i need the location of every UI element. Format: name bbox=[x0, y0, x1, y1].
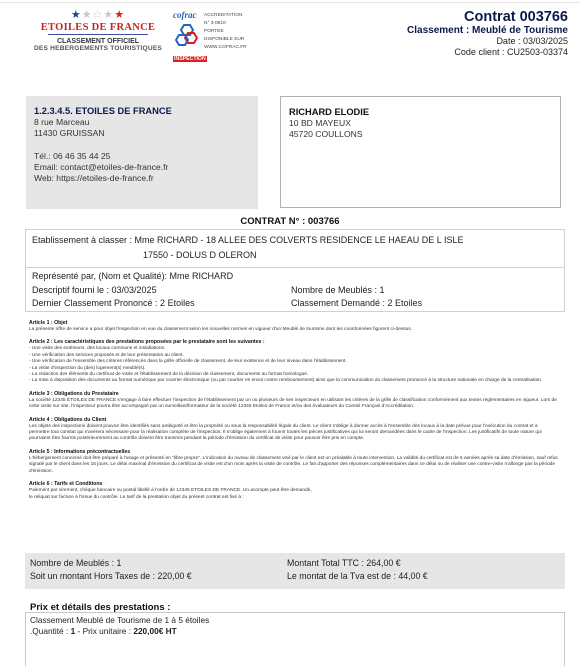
sender-address-block: 1.2.3.4.5. ETOILES DE FRANCE 8 rue Marce… bbox=[26, 96, 258, 209]
article-text: La société 12345 ÉTOILES DE FRANCE s'eng… bbox=[29, 398, 559, 411]
cofrac-line: ACCREDITATION bbox=[204, 12, 247, 20]
tarif-montant-ht: Soit un montant Hors Taxes de : 220,00 € bbox=[30, 570, 287, 583]
prix-unitaire-label: - Prix unitaire : bbox=[75, 626, 133, 636]
etablissement-line-1: Etablissement à classer : Mme RICHARD - … bbox=[32, 233, 558, 248]
sender-city: 11430 GRUISSAN bbox=[34, 128, 250, 139]
dernier-classement: Dernier Classement Prononcé : 2 Etoiles bbox=[32, 297, 291, 311]
sender-website: Web: https://etoiles-de-france.fr bbox=[34, 173, 250, 184]
article-4: Article 4 : Obligations du ClientLes obj… bbox=[29, 417, 559, 443]
descriptif-date: Descriptif fourni le : 03/03/2025 bbox=[32, 284, 291, 298]
prix-details-box: Classement Meublé de Tourisme de 1 à 5 é… bbox=[25, 612, 565, 666]
tarif-montant-ttc: Montant Total TTC : 264,00 € bbox=[287, 557, 401, 570]
client-address-block: RICHARD ELODIE 10 BD MAYEUX 45720 COULLO… bbox=[280, 96, 561, 208]
prix-line-1: Classement Meublé de Tourisme de 1 à 5 é… bbox=[30, 615, 560, 626]
logo-subtitle-1: CLASSEMENT OFFICIEL bbox=[27, 38, 169, 45]
contract-articles: Article 1 : ObjetLa présente offre de se… bbox=[29, 320, 559, 507]
contract-date: Date : 03/03/2025 bbox=[407, 36, 568, 47]
stars-icon: ★★☆★★ bbox=[27, 10, 169, 21]
logo-title: ETOILES DE FRANCE bbox=[27, 22, 169, 33]
tarif-montant-tva: Le montat de la Tva est de : 44,00 € bbox=[287, 570, 428, 583]
article-title: Article 3 : Obligations du Prestataire bbox=[29, 391, 559, 398]
cofrac-line: N° 3-0810 bbox=[204, 20, 247, 28]
article-text: Les objets des inspections doivent pouvo… bbox=[29, 424, 559, 443]
article-6: Article 6 : Tarifs et ConditionsPaiement… bbox=[29, 481, 559, 501]
article-5: Article 5 : Informations précontractuell… bbox=[29, 449, 559, 475]
contract-header: Contrat 003766 Classement : Meublé de To… bbox=[407, 9, 568, 58]
etablissement-block: Etablissement à classer : Mme RICHARD - … bbox=[25, 229, 565, 268]
sender-name: 1.2.3.4.5. ETOILES DE FRANCE bbox=[34, 106, 250, 117]
sender-street: 8 rue Marceau bbox=[34, 117, 250, 128]
article-title: Article 4 : Obligations du Client bbox=[29, 417, 559, 424]
article-1: Article 1 : ObjetLa présente offre de se… bbox=[29, 320, 559, 333]
quantite-label: .Quantité : bbox=[30, 626, 71, 636]
article-text: La présente offre de service a pour obje… bbox=[29, 327, 559, 333]
client-city: 45720 COULLONS bbox=[289, 129, 552, 140]
contract-number-heading: CONTRAT N° : 003766 bbox=[0, 216, 580, 227]
client-code: Code client : CU2503-03374 bbox=[407, 47, 568, 58]
cofrac-hexagon-icon bbox=[175, 22, 201, 48]
cofrac-line: WWW.COFRAC.FR bbox=[204, 44, 247, 52]
client-street: 10 BD MAYEUX bbox=[289, 118, 552, 129]
prix-line-2: .Quantité : 1 - Prix unitaire : 220,00€ … bbox=[30, 626, 560, 637]
cofrac-line: DISPONIBLE SUR bbox=[204, 36, 247, 44]
contract-title: Contrat 003766 bbox=[407, 9, 568, 25]
contract-classement: Classement : Meublé de Tourisme bbox=[407, 25, 568, 36]
article-text: le reliquat sur facture à l'issue du con… bbox=[29, 495, 559, 501]
client-name: RICHARD ELODIE bbox=[289, 107, 552, 118]
prix-unitaire-value: 220,00€ HT bbox=[133, 626, 176, 636]
etoiles-de-france-logo: ★★☆★★ ETOILES DE FRANCE CLASSEMENT OFFIC… bbox=[27, 10, 169, 60]
tarif-summary: Nombre de Meublés : 1 Montant Total TTC … bbox=[25, 553, 565, 589]
nombre-meubles: Nombre de Meublés : 1 bbox=[291, 284, 385, 298]
article-2: Article 2 : Les caractéristiques des pre… bbox=[29, 339, 559, 384]
article-text: - La mise à disposition des documents au… bbox=[29, 378, 559, 384]
cofrac-logo: cofrac INSPECTION ACCREDITATION N° 3-081… bbox=[173, 10, 253, 62]
etablissement-line-2: 17550 - DOLUS D OLERON bbox=[32, 248, 558, 263]
tarif-nombre-meubles: Nombre de Meublés : 1 bbox=[30, 557, 287, 570]
sender-email: Email: contact@etoiles-de-france.fr bbox=[34, 162, 250, 173]
article-text: L'hébergement concerné doit être préparé… bbox=[29, 456, 559, 475]
represente-par: Représenté par, (Nom et Qualité): Mme RI… bbox=[32, 270, 558, 284]
cofrac-inspection-label: INSPECTION bbox=[173, 56, 207, 62]
sender-phone: Tél.: 06 46 35 44 25 bbox=[34, 151, 250, 162]
top-divider bbox=[0, 2, 580, 3]
logo-subtitle-2: DES HEBERGEMENTS TOURISTIQUES bbox=[27, 45, 169, 52]
article-title: Article 1 : Objet bbox=[29, 320, 559, 327]
article-3: Article 3 : Obligations du PrestataireLa… bbox=[29, 391, 559, 411]
cofrac-brand: cofrac bbox=[173, 10, 197, 20]
cofrac-accreditation-text: ACCREDITATION N° 3-0810 PORTEE DISPONIBL… bbox=[204, 12, 247, 52]
classement-demande: Classement Demandé : 2 Etoiles bbox=[291, 297, 422, 311]
logo-rule bbox=[48, 34, 148, 35]
representation-block: Représenté par, (Nom et Qualité): Mme RI… bbox=[25, 268, 565, 312]
cofrac-line: PORTEE bbox=[204, 28, 247, 36]
article-title: Article 5 : Informations précontractuell… bbox=[29, 449, 559, 456]
